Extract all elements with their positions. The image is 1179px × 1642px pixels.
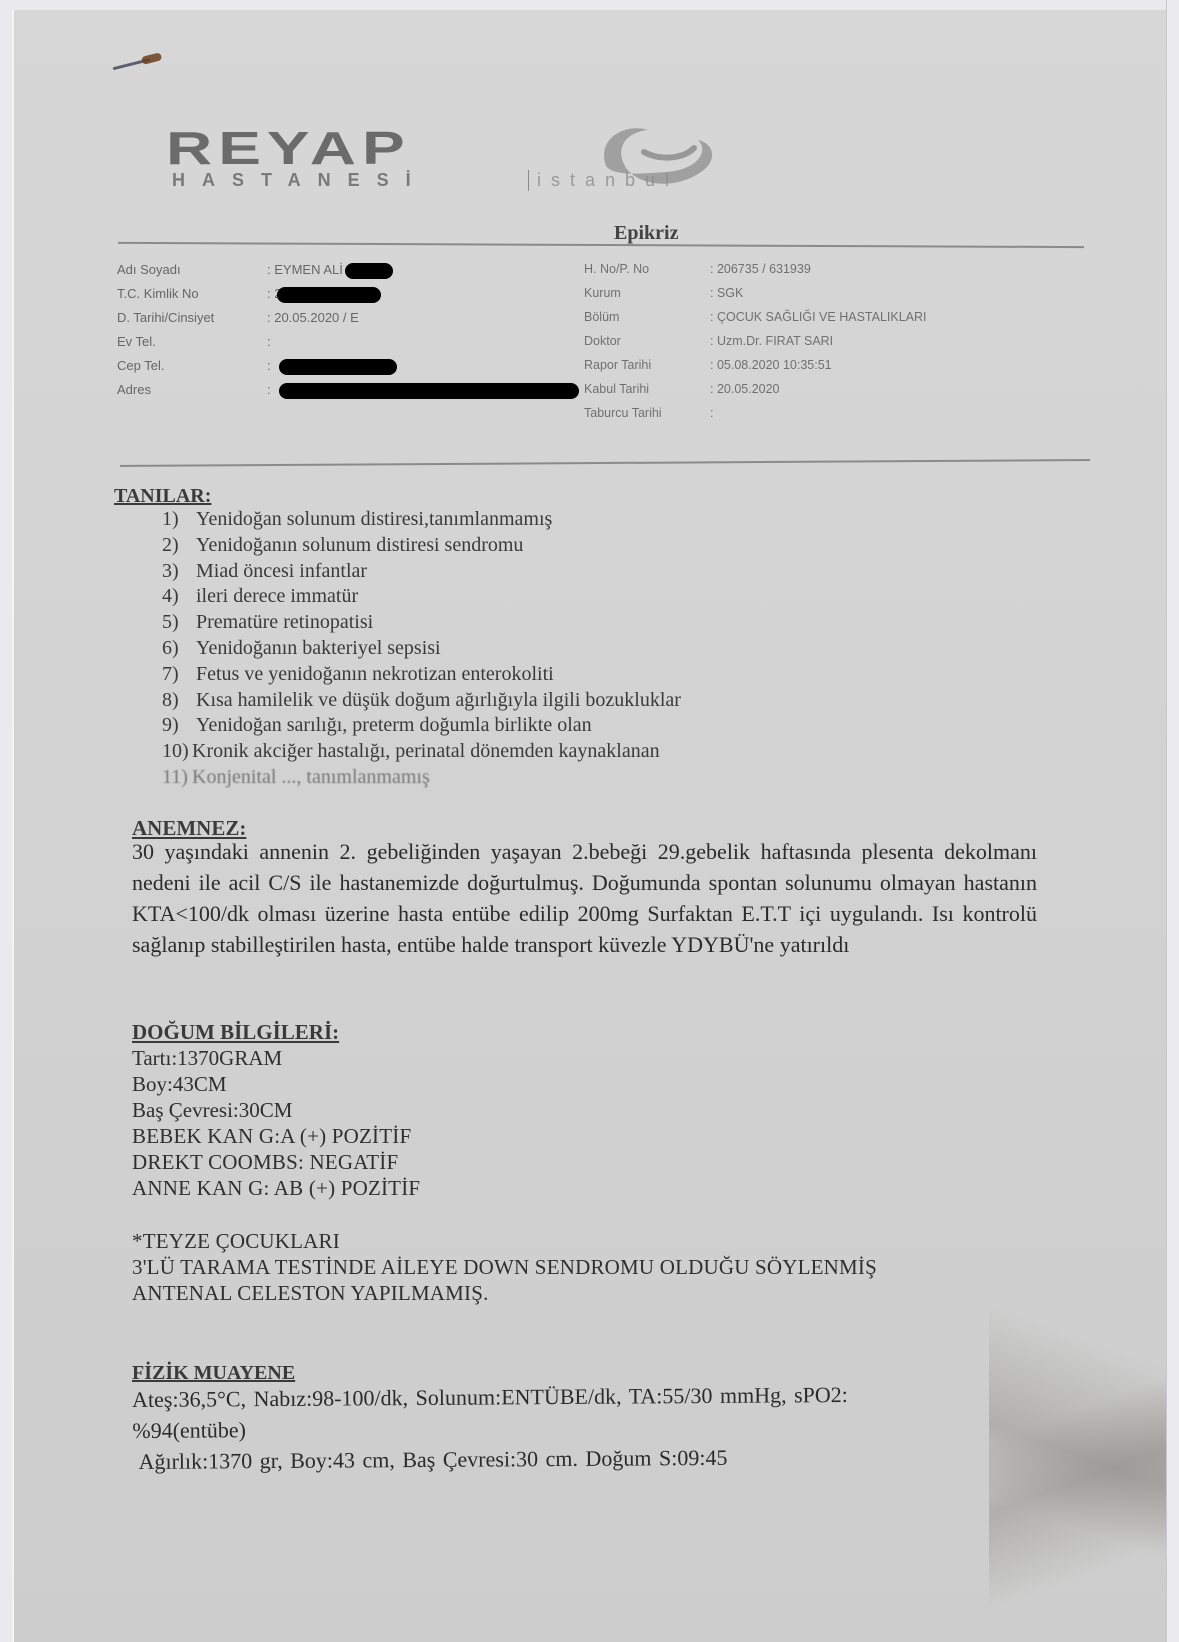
baby-blood-group: BEBEK KAN G:A (+) POZİTİF — [132, 1123, 420, 1149]
field-label: Rapor Tarihi — [584, 358, 651, 372]
page-edge — [1166, 0, 1179, 1642]
list-item: 7)Fetus ve yenidoğanın nekrotizan entero… — [162, 662, 681, 688]
redaction-bar — [277, 287, 381, 303]
field-file-no: H. No/P. No : 206735 / 631939 — [584, 262, 1104, 286]
field-institution: Kurum : SGK — [584, 286, 1104, 310]
field-value: : — [267, 358, 397, 375]
field-name: Adı Soyadı : EYMEN ALİ — [117, 262, 597, 286]
list-item: 5)Prematüre retinopatisi — [162, 610, 681, 636]
field-label: Kabul Tarihi — [584, 382, 649, 396]
redaction-bar — [345, 263, 393, 279]
scanned-document-page: REYAP HASTANESİ istanbul Epikriz Adı Soy… — [12, 10, 1169, 1642]
field-value: : ÇOCUK SAĞLIĞI VE HASTALIKLARI — [710, 310, 927, 324]
redaction-bar — [279, 359, 397, 375]
diagnoses-list: 1)Yenidoğan solunum distiresi,tanımlanma… — [162, 507, 681, 791]
list-item: 4)ileri derece immatür — [162, 584, 681, 610]
diagnoses-heading: TANILAR: — [114, 485, 211, 508]
physical-exam-heading: FİZİK MUAYENE — [132, 1362, 295, 1385]
direct-coombs: DREKT COOMBS: NEGATİF — [132, 1149, 420, 1175]
field-label: Bölüm — [584, 310, 619, 324]
list-item: 6)Yenidoğanın bakteriyel sepsisi — [162, 636, 681, 662]
field-address: Adres : — [117, 382, 597, 406]
document-title: Epikriz — [614, 222, 678, 245]
field-mobile-phone: Cep Tel. : — [117, 358, 597, 382]
logo-subtitle: HASTANESİ — [172, 170, 428, 191]
field-value: : — [267, 382, 579, 399]
field-value: : 2 — [267, 286, 381, 303]
field-label: Kurum — [584, 286, 621, 300]
field-label: H. No/P. No — [584, 262, 649, 276]
anamnesis-text: 30 yaşındaki annenin 2. gebeliğinden yaş… — [132, 836, 1037, 960]
redaction-bar — [279, 383, 579, 399]
list-item: 10)Kronik akciğer hastalığı, perinatal d… — [162, 739, 681, 765]
list-item: 1)Yenidoğan solunum distiresi,tanımlanma… — [162, 507, 681, 533]
list-item: 8)Kısa hamilelik ve düşük doğum ağırlığı… — [162, 688, 681, 714]
list-item: 9)Yenidoğan sarılığı, preterm doğumla bi… — [162, 713, 681, 739]
birth-info-lines: Tartı:1370GRAM Boy:43CM Baş Çevresi:30CM… — [132, 1045, 420, 1201]
field-report-date: Rapor Tarihi : 05.08.2020 10:35:51 — [584, 358, 1104, 382]
field-label: Doktor — [584, 334, 621, 348]
birth-weight: Tartı:1370GRAM — [132, 1045, 420, 1071]
mother-blood-group: ANNE KAN G: AB (+) POZİTİF — [132, 1175, 420, 1201]
admission-info: H. No/P. No : 206735 / 631939 Kurum : SG… — [584, 262, 1104, 430]
field-value: : — [267, 334, 271, 349]
field-admission-date: Kabul Tarihi : 20.05.2020 — [584, 382, 1104, 406]
list-item: 11)Konjenital ..., tanımlanmamış — [162, 765, 681, 791]
field-label: Ev Tel. — [117, 334, 156, 349]
birth-info-heading: DOĞUM BİLGİLERİ: — [132, 1020, 339, 1045]
field-home-phone: Ev Tel. : — [117, 334, 597, 358]
field-value: : 20.05.2020 / E — [267, 310, 359, 325]
field-value: : SGK — [710, 286, 743, 300]
field-label: T.C. Kimlik No — [117, 286, 199, 301]
note-line: 3'LÜ TARAMA TESTİNDE AİLEYE DOWN SENDROM… — [132, 1254, 877, 1280]
field-birthdate-gender: D. Tarihi/Cinsiyet : 20.05.2020 / E — [117, 310, 597, 334]
field-value: : 20.05.2020 — [710, 382, 780, 396]
logo-wordmark: REYAP — [166, 128, 411, 168]
field-label: Taburcu Tarihi — [584, 406, 662, 420]
field-label: D. Tarihi/Cinsiyet — [117, 310, 214, 325]
field-label: Adres — [117, 382, 151, 397]
patient-info: Adı Soyadı : EYMEN ALİ T.C. Kimlik No : … — [117, 262, 597, 406]
field-discharge-date: Taburcu Tarihi : — [584, 406, 1104, 430]
note-line: ANTENAL CELESTON YAPILMAMIŞ. — [132, 1280, 877, 1306]
field-value: : — [710, 406, 713, 420]
field-value: : 206735 / 631939 — [710, 262, 811, 276]
section-divider — [120, 459, 1090, 467]
physical-exam-vitals: Ateş:36,5°C, Nabız:98-100/dk, Solunum:EN… — [132, 1378, 1063, 1477]
heart-swoosh-icon — [586, 118, 726, 198]
field-label: Adı Soyadı — [117, 262, 181, 277]
pin-mark-icon — [112, 52, 164, 72]
note-line: *TEYZE ÇOCUKLARI — [132, 1228, 877, 1254]
field-value: : EYMEN ALİ — [267, 262, 393, 279]
field-label: Cep Tel. — [117, 358, 164, 373]
field-value: : 05.08.2020 10:35:51 — [710, 358, 832, 372]
field-tc-id: T.C. Kimlik No : 2 — [117, 286, 597, 310]
head-circumference: Baş Çevresi:30CM — [132, 1097, 420, 1123]
measurements-line: Ağırlık:1370 gr, Boy:43 cm, Baş Çevresi:… — [132, 1440, 1062, 1477]
list-item: 2)Yenidoğanın solunum distiresi sendromu — [162, 533, 681, 559]
birth-notes: *TEYZE ÇOCUKLARI 3'LÜ TARAMA TESTİNDE Aİ… — [132, 1228, 877, 1306]
field-doctor: Doktor : Uzm.Dr. FIRAT SARI — [584, 334, 1104, 358]
field-department: Bölüm : ÇOCUK SAĞLIĞI VE HASTALIKLARI — [584, 310, 1104, 334]
header-divider — [118, 242, 1084, 248]
hospital-logo: REYAP HASTANESİ istanbul — [166, 128, 411, 184]
field-value: : Uzm.Dr. FIRAT SARI — [710, 334, 833, 348]
birth-length: Boy:43CM — [132, 1071, 420, 1097]
list-item: 3)Miad öncesi infantlar — [162, 559, 681, 585]
